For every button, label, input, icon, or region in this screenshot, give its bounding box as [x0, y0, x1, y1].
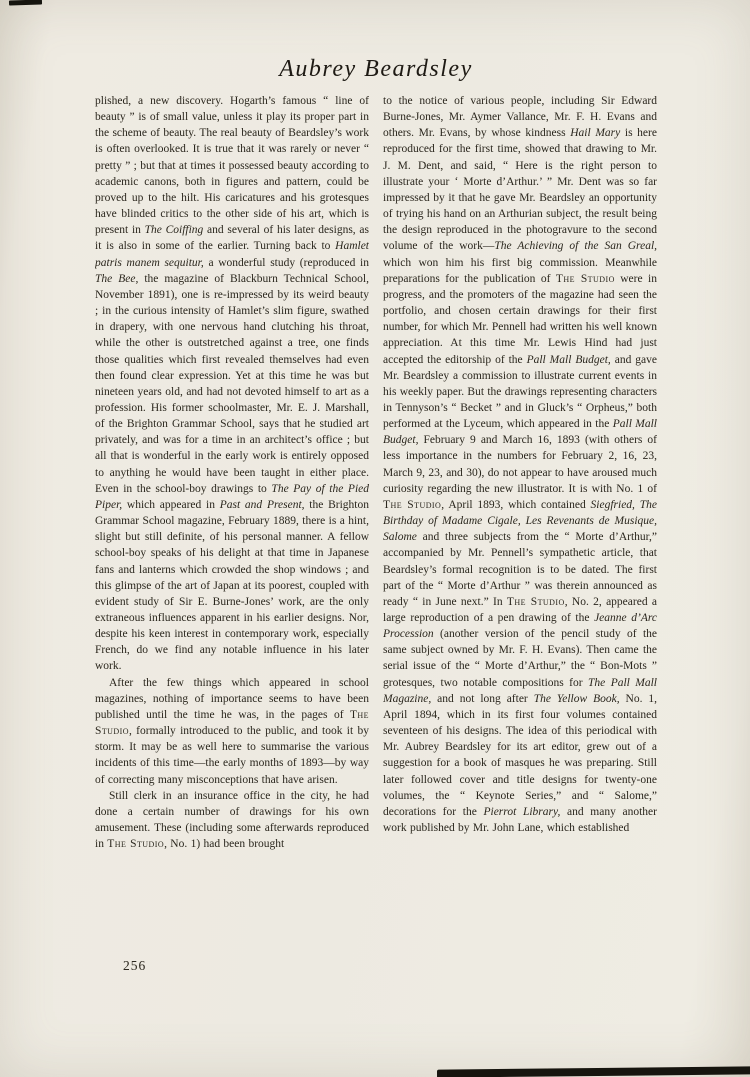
- plain-text-segment: , No. 1) had been brought: [164, 838, 284, 850]
- page-number: 256: [123, 958, 146, 974]
- italic-text-segment: The Yellow Book,: [534, 693, 620, 705]
- plain-text-segment: February 9 and March 16, 1893 (with othe…: [383, 434, 657, 494]
- scan-artifact-bottom: [437, 1066, 750, 1077]
- smallcaps-text-segment: The Studio: [107, 838, 164, 850]
- plain-text-segment: After the few things which appeared in s…: [95, 677, 369, 721]
- paragraph: Still clerk in an insurance office in th…: [95, 788, 369, 853]
- page-title: Aubrey Beardsley: [95, 56, 657, 83]
- italic-text-segment: The Achieving of the San Greal,: [494, 240, 657, 252]
- italic-text-segment: The Coiffing: [145, 224, 204, 236]
- italic-text-segment: Pall Mall Budget,: [527, 354, 611, 366]
- right-column: to the notice of various people, includi…: [383, 93, 657, 969]
- smallcaps-text-segment: The Studio: [556, 273, 615, 285]
- italic-text-segment: Pierrot Library,: [483, 806, 560, 818]
- plain-text-segment: No. 1, April 1894, which in its first fo…: [383, 693, 657, 818]
- italic-text-segment: The Bee,: [95, 273, 138, 285]
- scanned-page: Aubrey Beardsley plished, a new discover…: [0, 0, 750, 1077]
- paragraph: plished, a new discovery. Hogarth’s famo…: [95, 93, 369, 675]
- scan-artifact-top-left: [9, 0, 42, 6]
- paragraph: to the notice of various people, includi…: [383, 93, 657, 836]
- italic-text-segment: Hail Mary: [570, 127, 620, 139]
- plain-text-segment: and not long after: [431, 693, 533, 705]
- plain-text-segment: is here reproduced for the first time, s…: [383, 127, 657, 252]
- smallcaps-text-segment: The Studio: [383, 499, 441, 511]
- plain-text-segment: plished, a new discovery. Hogarth’s famo…: [95, 95, 369, 236]
- italic-text-segment: Past and Present,: [220, 499, 305, 511]
- plain-text-segment: a wonderful study (reproduced in: [204, 257, 369, 269]
- paragraph: After the few things which appeared in s…: [95, 675, 369, 788]
- plain-text-segment: which appeared in: [122, 499, 220, 511]
- text-columns: plished, a new discovery. Hogarth’s famo…: [95, 93, 657, 969]
- smallcaps-text-segment: The Studio: [507, 596, 565, 608]
- plain-text-segment: , April 1893, which contained: [441, 499, 590, 511]
- plain-text-segment: the Brighton Grammar School magazine, Fe…: [95, 499, 369, 673]
- plain-text-segment: the magazine of Blackburn Technical Scho…: [95, 273, 369, 495]
- left-column: plished, a new discovery. Hogarth’s famo…: [95, 93, 369, 969]
- plain-text-segment: were in progress, and the promoters of t…: [383, 273, 657, 366]
- plain-text-segment: , formally introduced to the public, and…: [95, 725, 369, 785]
